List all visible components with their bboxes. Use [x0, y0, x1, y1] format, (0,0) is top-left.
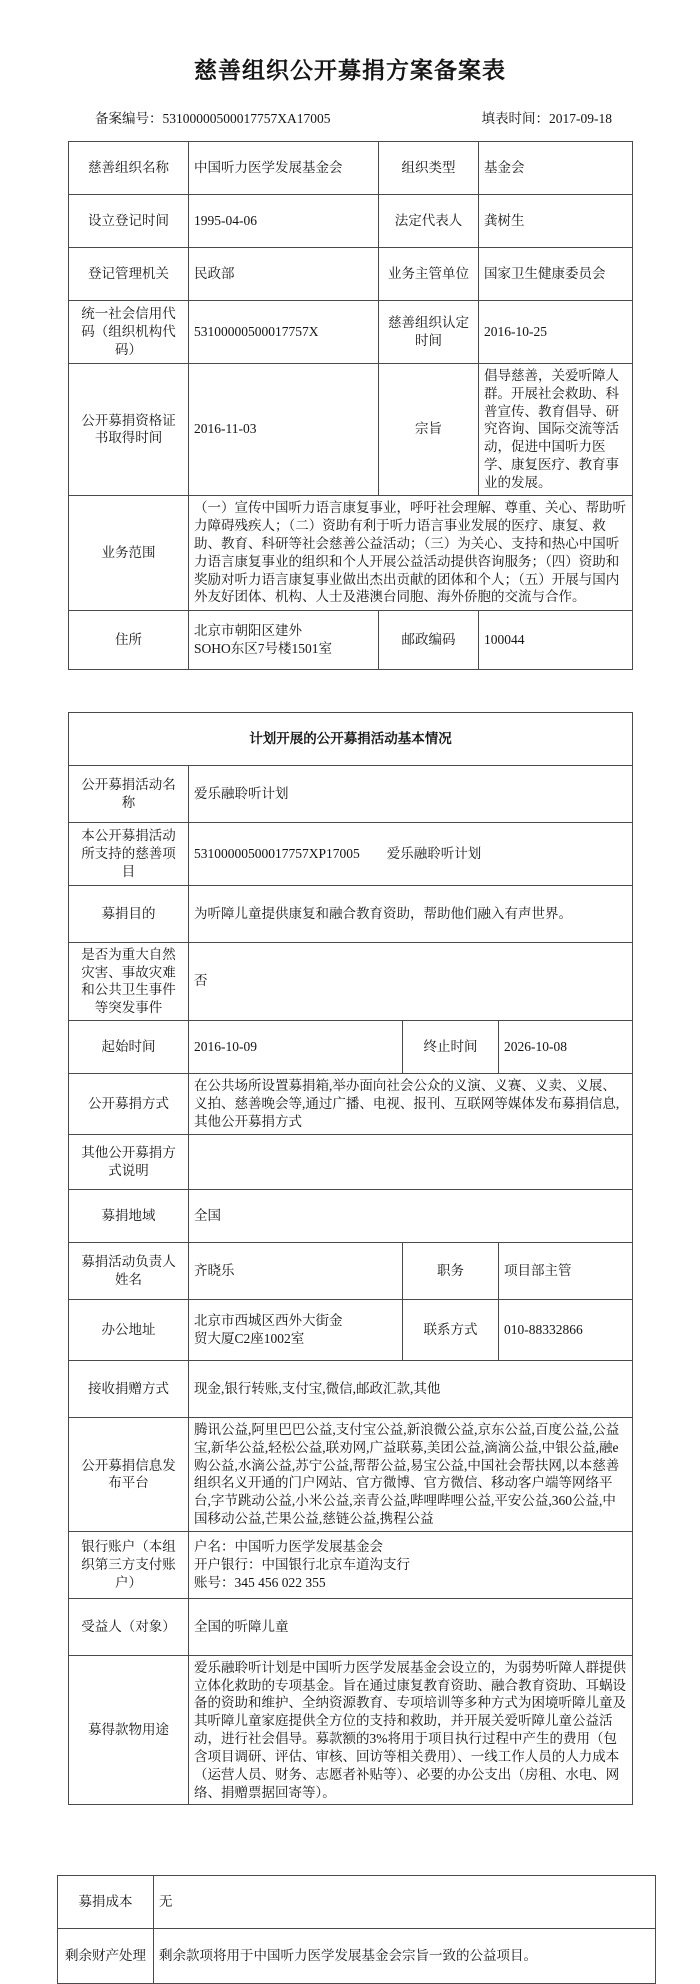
- table-row: 剩余财产处理 剩余款项将用于中国听力医学发展基金会宗旨一致的公益项目。: [58, 1929, 656, 1984]
- table-row: 本公开募捐活动所支持的慈善项目 53100000500017757XP17005…: [69, 822, 633, 885]
- start-time-label: 起始时间: [69, 1020, 189, 1073]
- table-row: 办公地址 北京市西城区西外大街金 贸大厦C2座1002室 联系方式 010-88…: [69, 1299, 633, 1360]
- mission-value: 倡导慈善，关爱听障人群。开展社会救助、科普宣传、教育倡导、研究咨询、国际交流等活…: [479, 364, 633, 496]
- leader-name-value: 齐晓乐: [189, 1242, 403, 1299]
- supervisor-unit-label: 业务主管单位: [379, 248, 479, 301]
- table-row: 募捐目的 为听障儿童提供康复和融合教育资助，帮助他们融入有声世界。: [69, 885, 633, 942]
- meta-row: 备案编号：53100000500017757XA17005 填表时间：2017-…: [95, 107, 612, 127]
- fundraise-region-label: 募捐地域: [69, 1189, 189, 1242]
- emergency-flag-value: 否: [189, 942, 633, 1020]
- table-row: 受益人（对象） 全国的听障儿童: [69, 1598, 633, 1655]
- fill-time-label: 填表时间：: [482, 111, 550, 126]
- org-name-value: 中国听力医学发展基金会: [189, 142, 379, 195]
- table-row: 设立登记时间 1995-04-06 法定代表人 龚树生: [69, 195, 633, 248]
- beneficiary-value: 全国的听障儿童: [189, 1598, 633, 1655]
- charity-cert-date-label: 慈善组织认定时间: [379, 301, 479, 364]
- fill-time-value: 2017-09-18: [549, 111, 612, 126]
- beneficiary-label: 受益人（对象）: [69, 1598, 189, 1655]
- record-number-value: 53100000500017757XA17005: [163, 111, 331, 126]
- table-row: 业务范围 （一）宣传中国听力语言康复事业，呼吁社会理解、尊重、关心、帮助听力障碍…: [69, 495, 633, 610]
- business-scope-label: 业务范围: [69, 495, 189, 610]
- residual-property-value: 剩余款项将用于中国听力医学发展基金会宗旨一致的公益项目。: [154, 1929, 656, 1984]
- postcode-value: 100044: [479, 610, 633, 669]
- reg-date-value: 1995-04-06: [189, 195, 379, 248]
- other-method-label: 其他公开募捐方式说明: [69, 1134, 189, 1189]
- table-row: 公开募捐信息发布平台 腾讯公益,阿里巴巴公益,支付宝公益,新浪微公益,京东公益,…: [69, 1417, 633, 1531]
- table-row: 接收捐赠方式 现金,银行转账,支付宝,微信,邮政汇款,其他: [69, 1360, 633, 1417]
- table-row: 慈善组织名称 中国听力医学发展基金会 组织类型 基金会: [69, 142, 633, 195]
- donation-method-label: 接收捐赠方式: [69, 1360, 189, 1417]
- reg-authority-label: 登记管理机关: [69, 248, 189, 301]
- table-row: 登记管理机关 民政部 业务主管单位 国家卫生健康委员会: [69, 248, 633, 301]
- office-address-value: 北京市西城区西外大街金 贸大厦C2座1002室: [189, 1299, 403, 1360]
- fundraise-cost-value: 无: [154, 1876, 656, 1929]
- table-row: 募捐地域 全国: [69, 1189, 633, 1242]
- record-number: 备案编号：53100000500017757XA17005: [95, 107, 331, 127]
- contact-label: 联系方式: [403, 1299, 499, 1360]
- table-row: 银行账户（本组织第三方支付账户） 户名：中国听力医学发展基金会 开户银行：中国银…: [69, 1531, 633, 1598]
- end-time-label: 终止时间: [403, 1020, 499, 1073]
- end-time-value: 2026-10-08: [499, 1020, 633, 1073]
- charity-project-value: 53100000500017757XP17005 爱乐融聆听计划: [189, 822, 633, 885]
- fill-time: 填表时间：2017-09-18: [482, 107, 613, 127]
- table-row: 公开募捐活动名称 爱乐融聆听计划: [69, 765, 633, 822]
- funds-usage-label: 募得款物用途: [69, 1655, 189, 1805]
- table-row: 公开募捐方式 在公共场所设置募捐箱,举办面向社会公众的义演、义赛、义卖、义展、义…: [69, 1073, 633, 1134]
- position-label: 职务: [403, 1242, 499, 1299]
- charity-project-label: 本公开募捐活动所支持的慈善项目: [69, 822, 189, 885]
- fundraise-purpose-value: 为听障儿童提供康复和融合教育资助，帮助他们融入有声世界。: [189, 885, 633, 942]
- legal-rep-value: 龚树生: [479, 195, 633, 248]
- org-type-label: 组织类型: [379, 142, 479, 195]
- org-info-table: 慈善组织名称 中国听力医学发展基金会 组织类型 基金会 设立登记时间 1995-…: [68, 141, 633, 670]
- document-page: { "doc": { "title": "慈善组织公开募捐方案备案表", "re…: [0, 52, 700, 1984]
- table-row: 其他公开募捐方式说明: [69, 1134, 633, 1189]
- reg-date-label: 设立登记时间: [69, 195, 189, 248]
- fundraise-cert-date-value: 2016-11-03: [189, 364, 379, 496]
- table-row: 统一社会信用代码（组织机构代码） 53100000500017757X 慈善组织…: [69, 301, 633, 364]
- credit-code-label: 统一社会信用代码（组织机构代码）: [69, 301, 189, 364]
- table-row: 公开募捐资格证书取得时间 2016-11-03 宗旨 倡导慈善，关爱听障人群。开…: [69, 364, 633, 496]
- donation-method-value: 现金,银行转账,支付宝,微信,邮政汇款,其他: [189, 1360, 633, 1417]
- reg-authority-value: 民政部: [189, 248, 379, 301]
- contact-value: 010-88332866: [499, 1299, 633, 1360]
- other-method-value: [189, 1134, 633, 1189]
- charity-cert-date-value: 2016-10-25: [479, 301, 633, 364]
- activity-section-title: 计划开展的公开募捐活动基本情况: [69, 712, 633, 765]
- fundraise-purpose-label: 募捐目的: [69, 885, 189, 942]
- org-type-value: 基金会: [479, 142, 633, 195]
- emergency-flag-label: 是否为重大自然灾害、事故灾难和公共卫生事件等突发事件: [69, 942, 189, 1020]
- bank-account-label: 银行账户（本组织第三方支付账户）: [69, 1531, 189, 1598]
- position-value: 项目部主管: [499, 1242, 633, 1299]
- start-time-value: 2016-10-09: [189, 1020, 403, 1073]
- fundraise-region-value: 全国: [189, 1189, 633, 1242]
- address-value: 北京市朝阳区建外 SOHO东区7号楼1501室: [189, 610, 379, 669]
- fundraise-cost-label: 募捐成本: [58, 1876, 154, 1929]
- publish-platform-value: 腾讯公益,阿里巴巴公益,支付宝公益,新浪微公益,京东公益,百度公益,公益宝,新华…: [189, 1417, 633, 1531]
- record-number-label: 备案编号：: [95, 111, 163, 126]
- residual-property-label: 剩余财产处理: [58, 1929, 154, 1984]
- cost-table: 募捐成本 无 剩余财产处理 剩余款项将用于中国听力医学发展基金会宗旨一致的公益项…: [57, 1875, 656, 1984]
- postcode-label: 邮政编码: [379, 610, 479, 669]
- activity-name-value: 爱乐融聆听计划: [189, 765, 633, 822]
- table-row: 起始时间 2016-10-09 终止时间 2026-10-08: [69, 1020, 633, 1073]
- publish-platform-label: 公开募捐信息发布平台: [69, 1417, 189, 1531]
- funds-usage-value: 爱乐融聆听计划是中国听力医学发展基金会设立的，为弱势听障人群提供立体化救助的专项…: [189, 1655, 633, 1805]
- business-scope-value: （一）宣传中国听力语言康复事业，呼吁社会理解、尊重、关心、帮助听力障碍残疾人；（…: [189, 495, 633, 610]
- fundraise-cert-date-label: 公开募捐资格证书取得时间: [69, 364, 189, 496]
- page-title: 慈善组织公开募捐方案备案表: [0, 52, 700, 85]
- credit-code-value: 53100000500017757X: [189, 301, 379, 364]
- table-row: 募捐活动负责人姓名 齐晓乐 职务 项目部主管: [69, 1242, 633, 1299]
- mission-label: 宗旨: [379, 364, 479, 496]
- activity-table: 计划开展的公开募捐活动基本情况 公开募捐活动名称 爱乐融聆听计划 本公开募捐活动…: [68, 712, 633, 1806]
- leader-name-label: 募捐活动负责人姓名: [69, 1242, 189, 1299]
- office-address-label: 办公地址: [69, 1299, 189, 1360]
- fundraise-method-value: 在公共场所设置募捐箱,举办面向社会公众的义演、义赛、义卖、义展、义拍、慈善晚会等…: [189, 1073, 633, 1134]
- bank-account-value: 户名：中国听力医学发展基金会 开户银行：中国银行北京车道沟支行 账号：345 4…: [189, 1531, 633, 1598]
- table-row: 募得款物用途 爱乐融聆听计划是中国听力医学发展基金会设立的，为弱势听障人群提供立…: [69, 1655, 633, 1805]
- table-row: 住所 北京市朝阳区建外 SOHO东区7号楼1501室 邮政编码 100044: [69, 610, 633, 669]
- table-row: 计划开展的公开募捐活动基本情况: [69, 712, 633, 765]
- table-row: 募捐成本 无: [58, 1876, 656, 1929]
- legal-rep-label: 法定代表人: [379, 195, 479, 248]
- address-label: 住所: [69, 610, 189, 669]
- activity-name-label: 公开募捐活动名称: [69, 765, 189, 822]
- supervisor-unit-value: 国家卫生健康委员会: [479, 248, 633, 301]
- org-name-label: 慈善组织名称: [69, 142, 189, 195]
- fundraise-method-label: 公开募捐方式: [69, 1073, 189, 1134]
- table-row: 是否为重大自然灾害、事故灾难和公共卫生事件等突发事件 否: [69, 942, 633, 1020]
